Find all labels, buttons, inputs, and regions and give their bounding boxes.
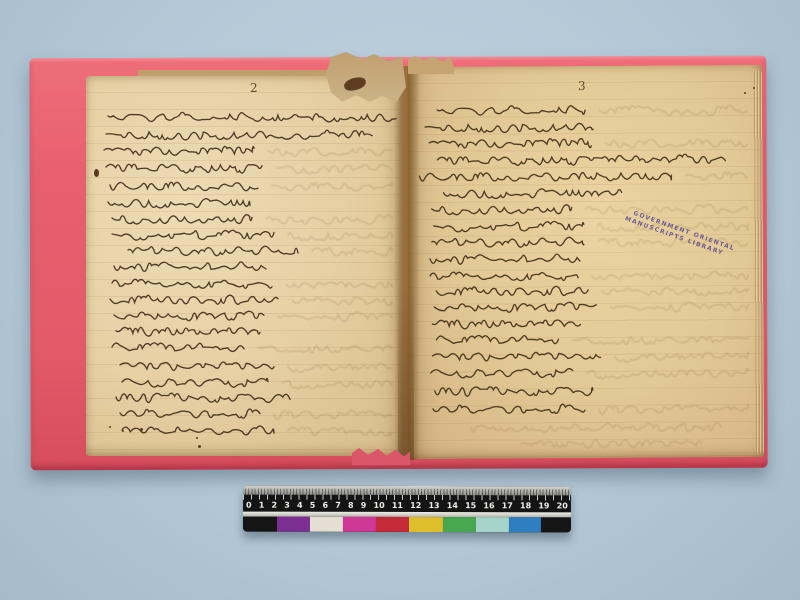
- handwriting-line: [431, 364, 573, 383]
- ruler-number: 16: [483, 502, 494, 510]
- ink-bleedthrough: [599, 400, 749, 419]
- ruler-number: 10: [373, 502, 384, 510]
- color-patch-magenta: [343, 517, 376, 532]
- ruler-number: 5: [310, 502, 316, 510]
- handwriting-line: [430, 250, 580, 269]
- handwriting-line: [104, 142, 254, 160]
- foxing-spot: [744, 92, 746, 94]
- ruler-number: 1: [259, 502, 265, 510]
- ruler-number: 2: [271, 502, 277, 510]
- ruler-number: 7: [335, 502, 341, 510]
- ink-bleedthrough: [288, 358, 392, 376]
- handwriting-line: [110, 177, 258, 195]
- ink-bleedthrough: [586, 200, 748, 219]
- ruler-number: 0: [246, 502, 252, 510]
- ink-bleedthrough: [268, 143, 392, 161]
- ruler-number: 20: [557, 502, 568, 510]
- ink-bleedthrough: [278, 308, 392, 326]
- foxing-spot: [753, 87, 755, 89]
- handwriting-line: [432, 233, 584, 252]
- ink-bleedthrough: [521, 434, 701, 453]
- ink-bleedthrough: [274, 406, 392, 424]
- ruler-number: 4: [297, 502, 303, 510]
- ruler-scale-numbers: 01234567891011121314151617181920: [243, 495, 571, 513]
- ruler-number: 13: [428, 502, 439, 510]
- handwriting-line: [106, 159, 262, 177]
- handwriting-line: [108, 108, 396, 126]
- ruler-number: 19: [538, 502, 549, 510]
- color-patch-purple: [277, 517, 310, 532]
- foxing-spot: [94, 169, 99, 177]
- foxing-spot: [122, 430, 124, 432]
- handwriting-line: [120, 405, 260, 423]
- color-patch-red: [376, 517, 409, 532]
- handwriting-line: [433, 400, 585, 419]
- handwriting-line: [435, 382, 593, 401]
- ruler-number: 3: [284, 502, 290, 510]
- binding-gutter: [394, 66, 420, 460]
- handwriting-line: [114, 258, 266, 276]
- foxing-spot: [198, 445, 201, 448]
- color-patch-white: [310, 517, 343, 532]
- ink-bleedthrough: [272, 178, 392, 196]
- ink-bleedthrough: [587, 364, 749, 383]
- handwriting-line: [419, 166, 671, 186]
- foxing-spot: [196, 437, 198, 439]
- handwriting-line: [120, 357, 274, 375]
- ruler-color-patches: [243, 517, 571, 533]
- right-page-text: [406, 65, 764, 459]
- photo-scene: 2 3 GOVERNMENT ORIENTAL MANUSCRIPTS LIBR…: [0, 0, 800, 600]
- handwriting-line: [434, 298, 596, 317]
- ruler-number: 11: [392, 502, 403, 510]
- color-patch-green: [443, 517, 476, 532]
- torn-paper-fragment: [326, 52, 406, 102]
- color-patch-black-end: [541, 517, 571, 532]
- handwriting-line: [122, 422, 274, 440]
- color-patch-pale-cyan: [476, 517, 509, 532]
- right-page: 3 GOVERNMENT ORIENTAL MANUSCRIPTS LIBRAR…: [406, 65, 764, 459]
- ink-bleedthrough: [282, 375, 392, 393]
- ruler-number: 15: [465, 502, 476, 510]
- foxing-spot: [109, 426, 111, 428]
- ink-bleedthrough: [258, 340, 392, 358]
- binding-hole: [343, 76, 367, 92]
- color-patch-blue: [509, 517, 541, 532]
- ink-bleedthrough: [685, 167, 747, 185]
- left-page: 2: [86, 76, 404, 456]
- handwriting-line: [429, 134, 591, 153]
- ruler-number: 6: [322, 502, 328, 510]
- ink-bleedthrough: [599, 101, 747, 120]
- ruler-number: 18: [520, 502, 531, 510]
- ink-bleedthrough: [610, 298, 748, 317]
- ruler-number: 17: [502, 502, 513, 510]
- ink-bleedthrough: [312, 243, 392, 261]
- ink-bleedthrough: [288, 423, 392, 441]
- ruler-number: 14: [447, 502, 458, 510]
- ruler-number: 9: [361, 502, 367, 510]
- handwriting-line: [433, 347, 601, 366]
- measuring-ruler: 01234567891011121314151617181920: [243, 486, 571, 533]
- ink-bleedthrough: [615, 347, 749, 366]
- foxing-spot: [140, 428, 143, 431]
- color-patch-yellow: [409, 517, 443, 532]
- handwriting-line: [437, 101, 585, 120]
- ruler-number: 8: [348, 502, 354, 510]
- left-page-text: [86, 76, 404, 456]
- color-patch-black-start: [243, 517, 277, 532]
- handwriting-line: [432, 200, 572, 219]
- ink-bleedthrough: [276, 160, 392, 178]
- ruler-number: 12: [410, 502, 421, 510]
- handwriting-line: [112, 339, 244, 357]
